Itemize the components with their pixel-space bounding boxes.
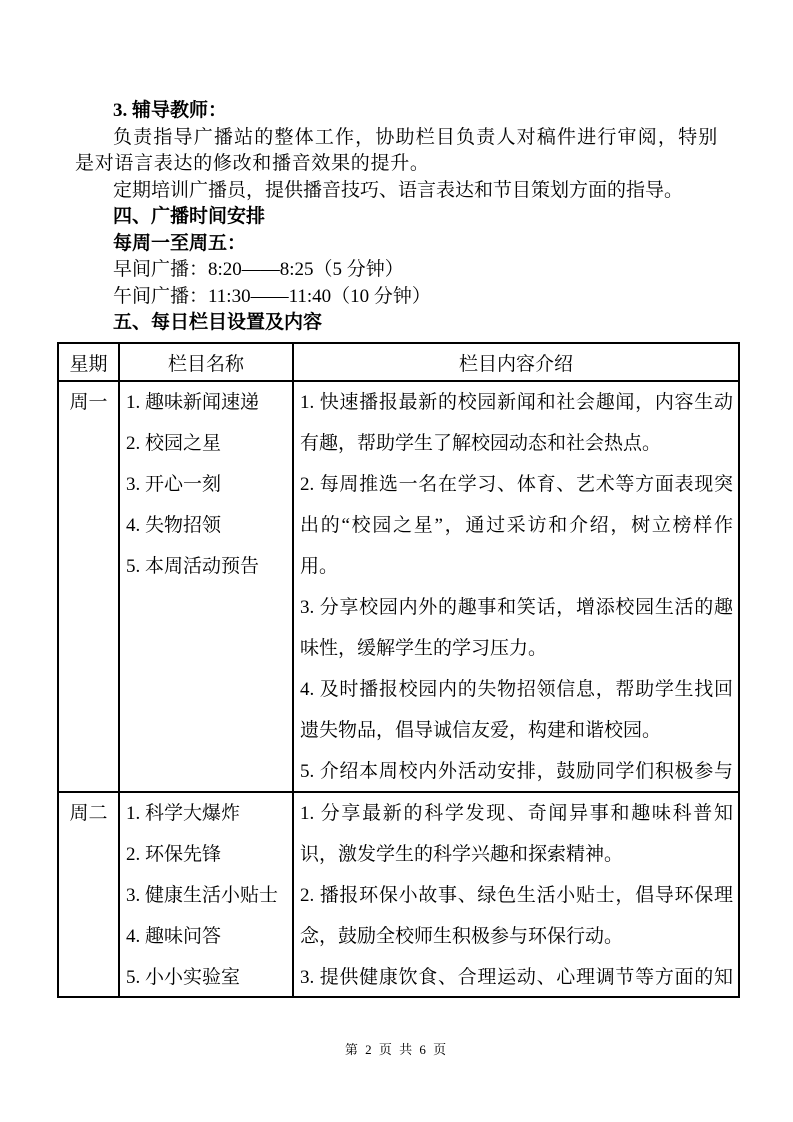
intro-text-block: 3. 辅导教师： 负责指导广播站的整体工作，协助栏目负责人对稿件进行审阅，特别是… [75,98,718,337]
program-item: 4. 趣味问答 [126,916,292,957]
program-item: 3. 开心一刻 [126,464,292,505]
day-label: 周二 [59,793,118,996]
descriptions-cell: 1. 快速播报最新的校园新闻和社会趣闻，内容生动有趣，帮助学生了解校园动态和社会… [293,381,739,792]
table-row-monday: 周一 1. 趣味新闻速递 2. 校园之星 3. 开心一刻 4. 失物招领 5. … [58,381,739,792]
daily-program-table: 星期 栏目名称 栏目内容介绍 周一 1. 趣味新闻速递 2. 校园之星 3. 开… [57,342,740,998]
description-item: 1. 快速播报最新的校园新闻和社会趣闻，内容生动有趣，帮助学生了解校园动态和社会… [300,382,733,464]
table-header-row: 星期 栏目名称 栏目内容介绍 [58,343,739,381]
day-label: 周一 [59,382,118,791]
description-item: 1. 分享最新的科学发现、奇闻异事和趣味科普知识，激发学生的科学兴趣和探索精神。 [300,793,733,875]
header-cell-program-name: 栏目名称 [119,343,293,381]
program-item: 1. 科学大爆炸 [126,793,292,834]
descriptions-cell: 1. 分享最新的科学发现、奇闻异事和趣味科普知识，激发学生的科学兴趣和探索精神。… [293,792,739,997]
teacher-duty-paragraph-1: 负责指导广播站的整体工作，协助栏目负责人对稿件进行审阅，特别是对语言表达的修改和… [75,125,718,178]
day-cell: 周一 [58,381,119,792]
description-item: 3. 提供健康饮食、合理运动、心理调节等方面的知识， [300,957,733,996]
description-item: 2. 每周推选一名在学习、体育、艺术等方面表现突出的“校园之星”，通过采访和介绍… [300,464,733,587]
programs-cell: 1. 科学大爆炸 2. 环保先锋 3. 健康生活小贴士 4. 趣味问答 5. 小… [119,792,293,997]
header-cell-program-intro: 栏目内容介绍 [293,343,739,381]
program-item: 5. 小小实验室 [126,957,292,996]
header-cell-day: 星期 [58,343,119,381]
description-item: 2. 播报环保小故事、绿色生活小贴士，倡导环保理念，鼓励全校师生积极参与环保行动… [300,875,733,957]
description-item: 5. 介绍本周校内外活动安排，鼓励同学们积极参与学校的各类活动。 [300,751,733,791]
program-item: 2. 环保先锋 [126,834,292,875]
page-number-footer: 第 2 页 共 6 页 [0,1039,793,1058]
section-3-heading: 3. 辅导教师： [75,98,718,125]
morning-broadcast-line: 早间广播：8:20——8:25（5 分钟） [75,257,718,284]
weekdays-line: 每周一至周五： [75,231,718,258]
program-item: 5. 本周活动预告 [126,546,292,587]
document-page: 3. 辅导教师： 负责指导广播站的整体工作，协助栏目负责人对稿件进行审阅，特别是… [0,0,793,1122]
section-4-heading: 四、广播时间安排 [75,204,718,231]
description-item: 3. 分享校园内外的趣事和笑话，增添校园生活的趣味性，缓解学生的学习压力。 [300,587,733,669]
program-item: 3. 健康生活小贴士 [126,875,292,916]
teacher-duty-paragraph-2: 定期培训广播员，提供播音技巧、语言表达和节目策划方面的指导。 [75,178,718,205]
table-row-tuesday: 周二 1. 科学大爆炸 2. 环保先锋 3. 健康生活小贴士 4. 趣味问答 5… [58,792,739,997]
program-item: 4. 失物招领 [126,505,292,546]
day-cell: 周二 [58,792,119,997]
section-5-heading: 五、每日栏目设置及内容 [75,310,718,337]
description-item: 4. 及时播报校园内的失物招领信息，帮助学生找回遗失物品，倡导诚信友爱，构建和谐… [300,669,733,751]
program-item: 2. 校园之星 [126,423,292,464]
program-item: 1. 趣味新闻速递 [126,382,292,423]
programs-cell: 1. 趣味新闻速递 2. 校园之星 3. 开心一刻 4. 失物招领 5. 本周活… [119,381,293,792]
noon-broadcast-line: 午间广播：11:30——11:40（10 分钟） [75,284,718,311]
